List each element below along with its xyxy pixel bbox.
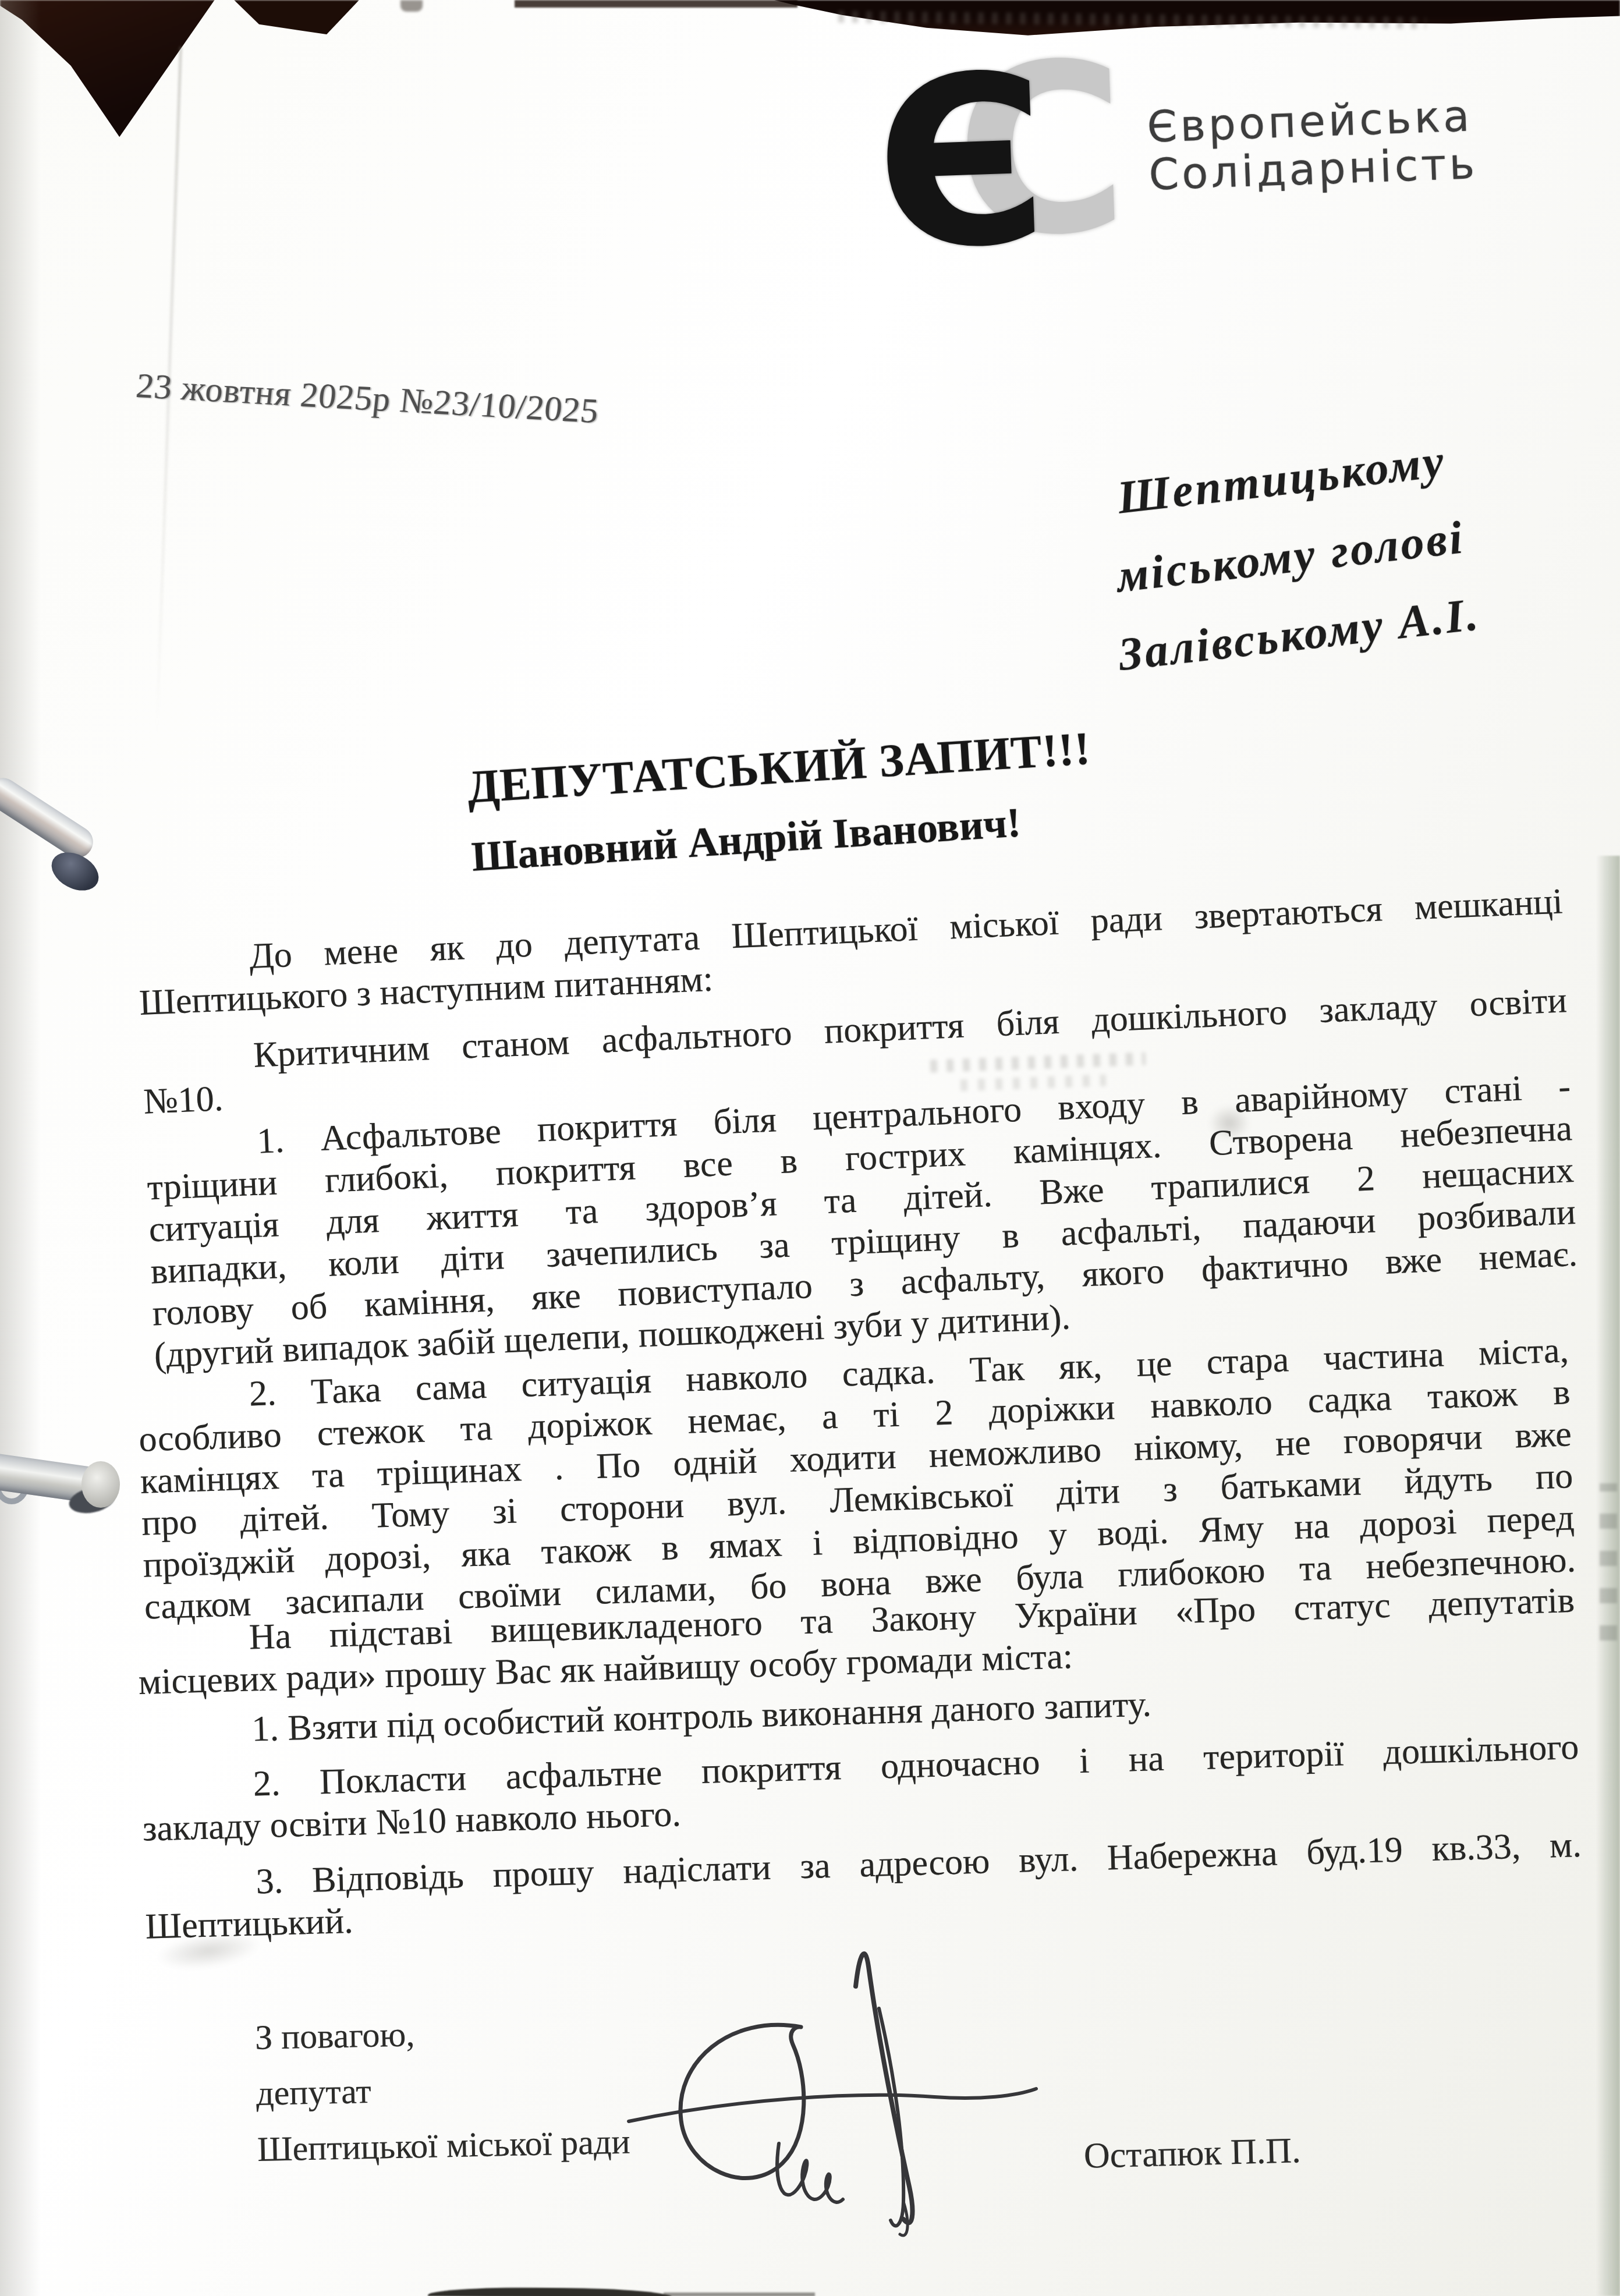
- binder-ring-bottom-cap: [81, 1461, 120, 1508]
- handwritten-signature: [605, 1933, 1059, 2247]
- scanner-shadow-top-left-2: [234, 0, 359, 42]
- body-paragraphs-2: 2. Така сама ситуація навколо садка. Так…: [137, 1329, 1576, 1628]
- logo-letter-ye-icon: Є: [871, 36, 1051, 292]
- party-name: Європейська Солідарність: [1146, 92, 1478, 199]
- scanner-mark-top: [400, 0, 423, 12]
- closing-line: З повагою,: [254, 2002, 628, 2065]
- binder-ring-bottom: [0, 1445, 128, 1526]
- scanner-band-bottom-2: [664, 2293, 815, 2296]
- letter-title-block: ДЕПУТАТСЬКИЙ ЗАПИТ!!! Шановний Андрій Ів…: [466, 722, 1097, 881]
- signer-name: Остапюк П.П.: [1083, 2130, 1301, 2177]
- closing-block: З повагою, депутат Шептицької міської ра…: [254, 2002, 630, 2177]
- body-paragraphs-3: На підставі вищевикладеного та Закону Ук…: [137, 1579, 1583, 1948]
- date-reference-line: 23 жовтня 2025р №23/10/2025: [134, 366, 601, 431]
- closing-line: депутат: [256, 2058, 629, 2121]
- binder-ring-top-tube: [0, 772, 99, 863]
- scanned-letter-page: С Є Європейська Солідарність 23 жовтня 2…: [0, 0, 1620, 2296]
- body-paragraphs-1: До мене як до депутата Шептицької місько…: [137, 880, 1580, 1376]
- addressee-block: Шептицькому міському голові Залівському …: [1008, 410, 1573, 704]
- page-edge-band: [1596, 856, 1620, 2296]
- closing-line: Шептицької міської ради: [257, 2114, 630, 2177]
- scanner-band-bottom: [428, 2287, 672, 2296]
- scanner-strip-top: [515, 0, 797, 8]
- party-name-line2: Солідарність: [1148, 140, 1478, 199]
- binding-shadow: [0, 0, 41, 2296]
- party-logo: С Є: [871, 31, 1183, 297]
- binder-ring-top-tip: [45, 845, 105, 898]
- binder-ring-top: [0, 799, 116, 898]
